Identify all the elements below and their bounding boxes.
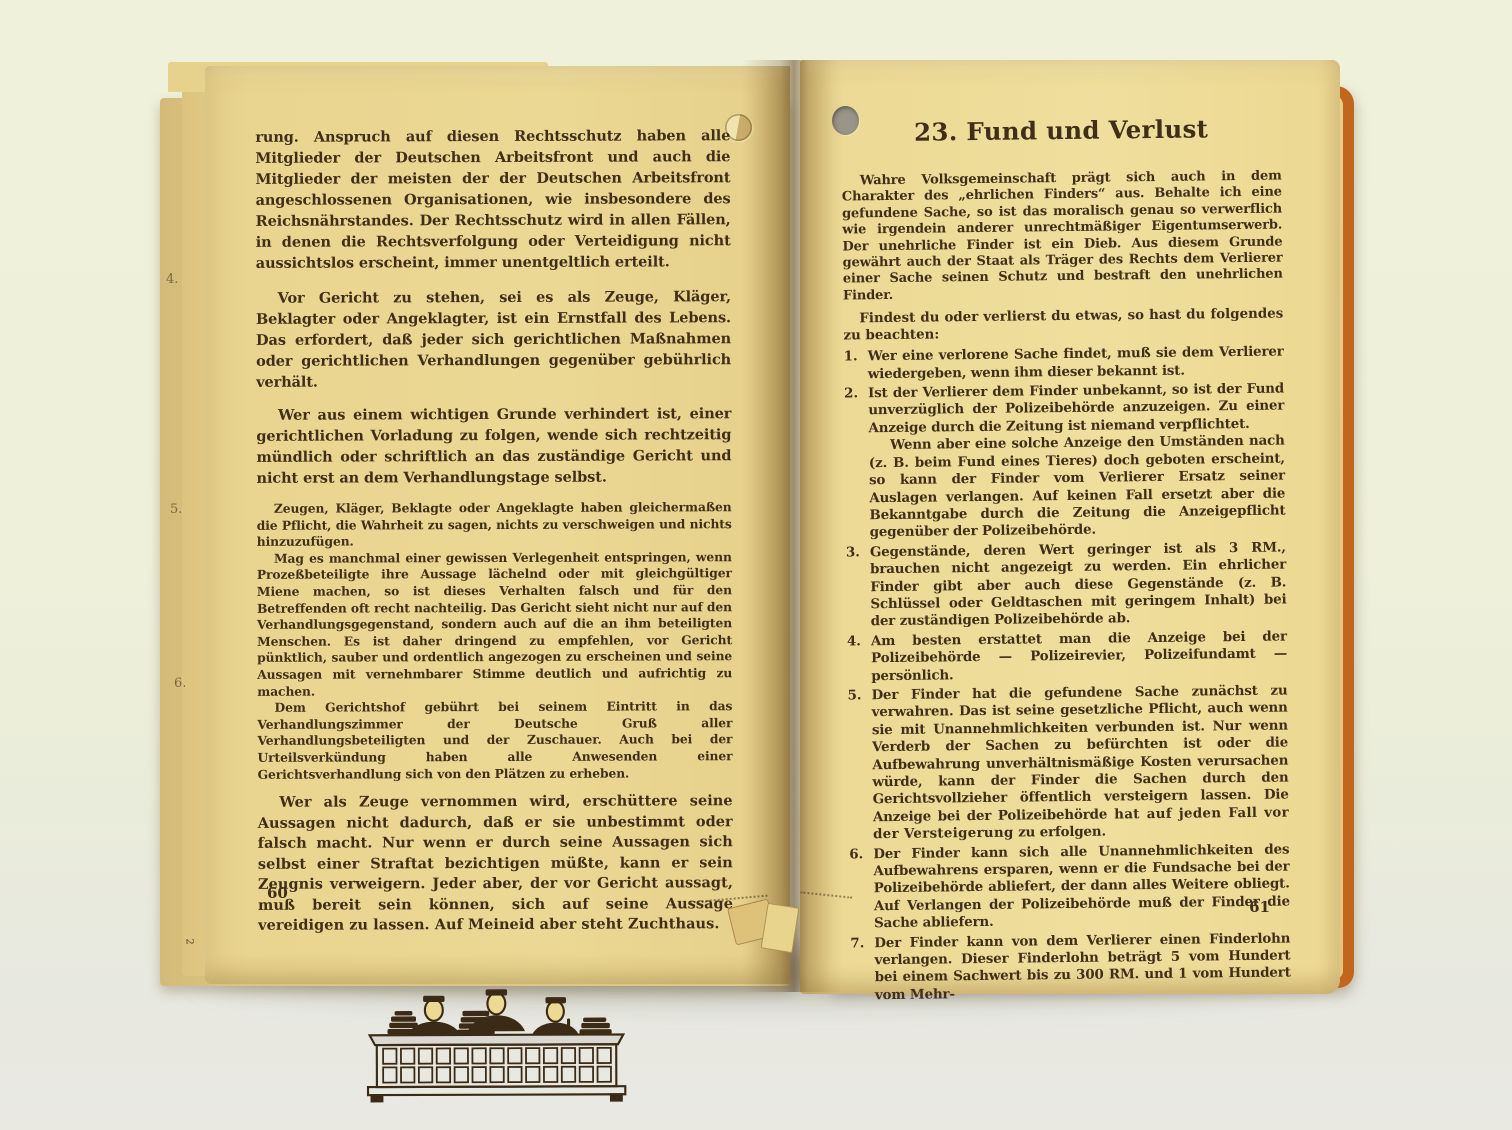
edge-mark-bottom: 2	[184, 938, 195, 944]
list-item-text: Der Finder kann sich alle Unannehmlichke…	[873, 841, 1290, 933]
list-item-number: 4.	[847, 633, 872, 685]
list-item: 3. Gegenstände, deren Wert geringer ist …	[846, 539, 1287, 631]
list-item: 4. Am besten erstattet man die Anzeige b…	[847, 628, 1288, 685]
list-item-number: 5.	[847, 687, 873, 844]
paragraph: Wer aus einem wichtigen Grunde verhinder…	[256, 403, 731, 489]
chapter-heading: 23. Fund und Verlust	[841, 114, 1281, 148]
paragraph: rung. Anspruch auf diesen Rechtsschutz h…	[255, 125, 731, 274]
list-item-text: Der Finder hat die gefundene Sache zunäc…	[871, 682, 1289, 843]
list-item-number: 2.	[844, 385, 870, 542]
small-paragraph: Zeugen, Kläger, Beklagte oder Angeklagte…	[257, 499, 732, 550]
page-number-right: 61	[1249, 898, 1270, 916]
list-item-number: 3.	[846, 544, 871, 631]
left-page-text: rung. Anspruch auf diesen Rechtsschutz h…	[255, 125, 733, 1106]
right-page-text: 23. Fund und Verlust Wahre Volksgemeinsc…	[841, 114, 1291, 1007]
list-item-text: Der Finder kann von dem Verlierer einen …	[874, 930, 1291, 1004]
small-print-block: Zeugen, Kläger, Beklagte oder Angeklagte…	[257, 499, 733, 783]
list-item-number: 1.	[844, 348, 868, 383]
intro-paragraph: Wahre Volksgemeinschaft prägt sich auch …	[842, 169, 1283, 305]
emphasis-paragraph: Wer als Zeuge vernommen wird, erschütter…	[258, 791, 733, 936]
list-item-text: Ist der Verlierer dem Finder unbekannt, …	[868, 381, 1285, 438]
list-item-text: Wer eine verlorene Sache findet, muß sie…	[868, 344, 1284, 384]
list-item: 2. Ist der Verlierer dem Finder unbekann…	[844, 381, 1286, 543]
paragraph: Vor Gericht zu stehen, sei es als Zeuge,…	[256, 286, 731, 393]
small-paragraph: Mag es manchmal einer gewissen Verlegenh…	[257, 549, 733, 700]
edge-mark-4: 4.	[166, 272, 178, 287]
edge-mark-5: 5.	[170, 502, 182, 517]
open-book-photo: 4. 5. 6. 2 rung. Anspruch auf diesen Rec…	[0, 0, 1512, 1130]
page-number-left: 60	[267, 884, 288, 902]
list-item-text-normal: Der Finder hat die gefundene Sache zunäc…	[871, 682, 1288, 825]
list-intro: Findest du oder verlierst du etwas, so h…	[843, 306, 1283, 345]
list-item: 5. Der Finder hat die gefundene Sache zu…	[847, 682, 1289, 844]
list-item: 6. Der Finder kann sich alle Unannehmlic…	[849, 841, 1290, 933]
left-page: rung. Anspruch auf diesen Rechtsschutz h…	[205, 66, 790, 984]
torn-page-flap	[761, 903, 800, 953]
list-item-text: Wenn aber eine solche Anzeige den Umstän…	[869, 433, 1286, 542]
small-paragraph: Dem Gerichtshof gebührt bei seinem Eintr…	[257, 698, 732, 783]
list-item-number: 6.	[849, 846, 874, 933]
right-page: 23. Fund und Verlust Wahre Volksgemeinsc…	[800, 60, 1340, 994]
list-item-text: Gegenstände, deren Wert geringer ist als…	[870, 539, 1287, 631]
list-item-text: Am besten erstattet man die Anzeige bei …	[871, 628, 1288, 685]
list-item-number: 7.	[850, 935, 875, 1005]
list-item-text-tail: zu erfolgen.	[1014, 824, 1107, 841]
list-item: 1. Wer eine verlorene Sache findet, muß …	[844, 344, 1284, 384]
list-item: 7. Der Finder kann von dem Verlierer ein…	[850, 930, 1291, 1005]
edge-mark-6: 6.	[174, 676, 186, 691]
judges-bench-illustration	[362, 977, 630, 1106]
